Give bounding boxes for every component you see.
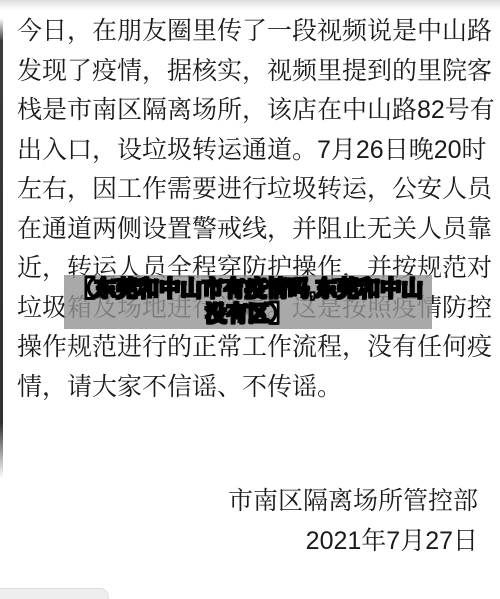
overlay-caption-box: 【东莞和中山市有疫情吗,东莞和中山 没有区】 <box>64 275 432 329</box>
paragraph-line: 操作规范进行的正常工作流程，没有任何疫 <box>17 328 493 368</box>
overlay-caption-line: 【东莞和中山市有疫情吗,东莞和中山 <box>73 277 423 302</box>
overlay-caption-line: 没有区】 <box>205 302 291 327</box>
notice-paragraph: 今日，在朋友圈里传了一段视频说是中山路 发现了疫情，据核实，视频里提到的里院客 … <box>17 12 493 407</box>
paragraph-line: 左右，因工作需要进行垃圾转运，公安人员 <box>17 170 493 210</box>
notice-image: 今日，在朋友圈里传了一段视频说是中山路 发现了疫情，据核实，视频里提到的里院客 … <box>0 0 500 599</box>
paragraph-line: 情，请大家不信谣、不传谣。 <box>17 368 493 408</box>
paragraph-line: 在通道两侧设置警戒线，并阻止无关人员靠 <box>17 210 493 250</box>
top-edge-shade <box>0 0 500 10</box>
paragraph-line: 出入口，设垃圾转运通道。7月26日晚20时 <box>17 131 493 171</box>
left-edge-artifact <box>0 18 3 478</box>
paragraph-line: 发现了疫情，据核实，视频里提到的里院客 <box>17 52 493 92</box>
paragraph-line: 栈是市南区隔离场所，该店在中山路82号有 <box>17 91 493 131</box>
signature-block: 市南区隔离场所管控部 2021年7月27日 <box>228 481 478 561</box>
bottom-left-artifact <box>0 588 109 599</box>
paragraph-line: 今日，在朋友圈里传了一段视频说是中山路 <box>17 12 493 52</box>
signature-org: 市南区隔离场所管控部 <box>228 481 478 521</box>
signature-date: 2021年7月27日 <box>228 521 478 561</box>
